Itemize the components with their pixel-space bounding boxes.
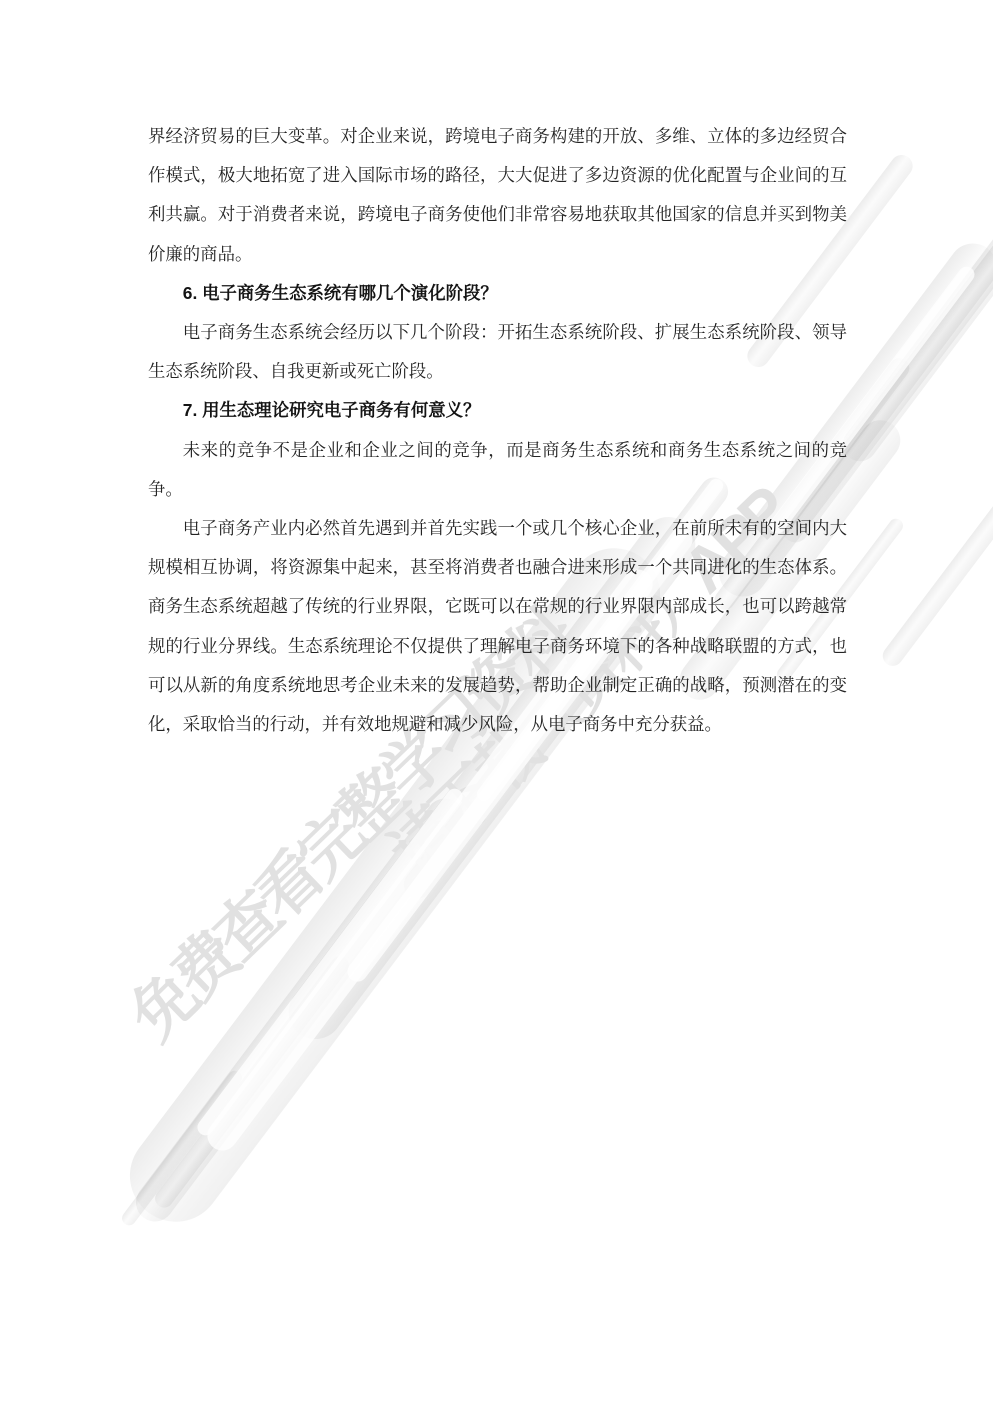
question-heading-6: 6. 电子商务生态系统有哪几个演化阶段？ bbox=[148, 274, 847, 313]
question-heading-7: 7. 用生态理论研究电子商务有何意义？ bbox=[148, 391, 847, 430]
brush-stroke bbox=[836, 208, 993, 468]
page-content: 界经济贸易的巨大变革。对企业来说，跨境电子商务构建的开放、多维、立体的多边经贸合… bbox=[148, 117, 847, 744]
answer-paragraph: 电子商务产业内必然首先遇到并首先实践一个或几个核心企业，在前所未有的空间内大规模… bbox=[148, 509, 847, 744]
document-page: 免费查看完整学习资料 请下载（资料）APP 界经济贸易的巨大变革。对企业来说，跨… bbox=[0, 0, 993, 1404]
brush-stroke bbox=[152, 953, 353, 1211]
brush-stroke bbox=[119, 1068, 245, 1228]
brush-stroke-highlight bbox=[194, 785, 466, 1138]
paragraph-continuation: 界经济贸易的巨大变革。对企业来说，跨境电子商务构建的开放、多维、立体的多边经贸合… bbox=[148, 117, 847, 274]
brush-stroke bbox=[128, 791, 471, 1229]
answer-paragraph: 未来的竞争不是企业和企业之间的竞争，而是商务生态系统和商务生态系统之间的竞争。 bbox=[148, 431, 847, 509]
brush-stroke bbox=[879, 450, 993, 670]
answer-paragraph: 电子商务生态系统会经历以下几个阶段：开拓生态系统阶段、扩展生态系统阶段、领导生态… bbox=[148, 313, 847, 391]
